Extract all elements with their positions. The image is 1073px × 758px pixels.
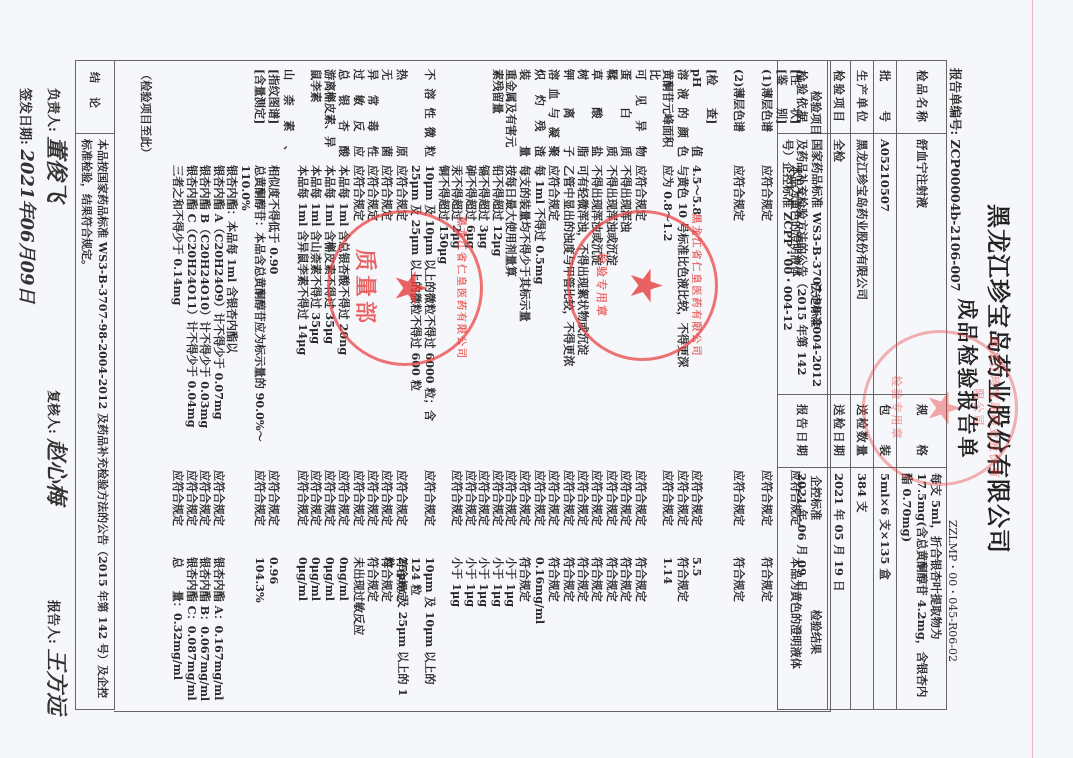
row-legal-standard: 本品每 1ml 含总银杏酸不得过 20ng [337, 165, 350, 445]
row-internal-standard: 应符合规定 应符合规定 应符合规定 [296, 453, 336, 543]
header-row: 生产单位黑龙江珍宝岛药业股份有限公司送检数量384 支 [850, 61, 873, 710]
row-internal-standard: 应符合规定 [675, 453, 688, 543]
row-item: 山柰素、 [281, 69, 294, 157]
row-legal-standard: 应符合规定 [351, 165, 364, 445]
reviewer-label: 复核人: [45, 390, 60, 434]
row-internal-standard: 应符合规定 [337, 453, 350, 543]
row-legal-standard: 应符合规定 [760, 165, 773, 445]
row-legal-standard: 本品每 1ml 含槲皮素不得过 35μg 本品每 1ml 含山柰素不得过 35μ… [296, 165, 336, 445]
row-internal-standard: 应符合规定 [518, 453, 531, 543]
row-legal-standard: 相似度不得低于 0.90 [267, 165, 280, 445]
row-result: 未出现过敏反应 [351, 557, 364, 707]
row-internal-standard: 应符合规定 应符合规定 应符合规定 应符合规定 应符合规定 [450, 453, 517, 543]
row-result: 1.14 [661, 557, 674, 707]
col-header-result: 检验结果 [809, 557, 822, 707]
responsible-label: 负责人: [45, 88, 60, 132]
header-label: 检品名称 [896, 61, 946, 134]
row-legal-standard: 按每日最大使用剂量算 铅不得超过 12μg 镉不得超过 3μg 砷不得超过 6μ… [437, 165, 517, 445]
row-item: 重金属及有害元素残留量 [490, 69, 517, 157]
conclusion-label: 结论 [76, 61, 115, 134]
row-item: 装 量 [518, 69, 531, 157]
row-result: 符合规定 [576, 557, 589, 707]
company-name: 黑龙江珍宝岛药业股份有限公司 [983, 0, 1018, 758]
reporter-label: 报告人: [45, 600, 60, 644]
row-internal-standard: 应符合规定 [252, 453, 265, 543]
report-number: 报告单编号: ZCP00004b-2106-007 [947, 68, 965, 291]
header-value: A05210507 [873, 134, 896, 395]
row-legal-standard: 应符合规定 [732, 165, 745, 445]
header-label: 包 装 [873, 395, 896, 468]
row-legal-standard: 本品为黄色的澄明液体 [789, 165, 802, 445]
row-item: 游离槲皮素、异鼠李素 [309, 69, 336, 157]
row-legal-standard: 应符合规定 [394, 165, 407, 445]
header-label: 送检数量 [850, 395, 873, 468]
row-item: 不溶性微粒 [422, 69, 435, 157]
conclusion-table: 结论 本品按国家药品标准 WS3-B-3707-98-2004-2012 及药品… [75, 60, 115, 710]
header-label: 生产单位 [850, 61, 873, 134]
row-internal-standard: 应符合规定 [690, 453, 703, 543]
row-result: 104.3% [252, 557, 265, 707]
row-legal-standard: 应符合规定 [633, 165, 646, 445]
row-legal-standard: 应符合规定 [366, 165, 379, 445]
row-result: 符合规定 [732, 557, 745, 707]
row-legal-standard: 总黄酮醇苷：本品含总黄酮醇苷应为标示量的 90.0%～110.0% [239, 165, 266, 445]
row-item: 钾 离 子 [561, 69, 574, 157]
row-item: [检 查] [704, 69, 717, 157]
row-internal-standard: 应符合规定 [633, 453, 646, 543]
row-internal-standard: 应符合规定 [366, 453, 379, 543]
row-internal-standard: 应符合规定 [561, 453, 574, 543]
row-legal-standard: 每支的装量均不得少于其标示量 [518, 165, 531, 445]
row-item: [含量测定] [252, 69, 265, 157]
row-legal-standard: 不得出现浑浊或沉淀 [604, 165, 617, 445]
row-result: 小于 1μg 小于 1μg 小于 1μg 小于 1μg 小于 1μg [450, 557, 517, 707]
col-header-legal: 法定标准 [809, 165, 822, 445]
row-internal-standard: 应符合规定 [604, 453, 617, 543]
row-result: 符合规定 [675, 557, 688, 707]
row-result: 本品为黄色的澄明液体 [789, 557, 802, 707]
header-value: 5ml×6 支×135 盒 [873, 468, 896, 710]
row-legal-standard: 银杏内酯：本品每 1ml 含银杏内酯以 银杏内酯 A（C20H24O9）计不得少… [171, 165, 238, 445]
row-item: 炽灼残渣 [532, 69, 545, 157]
header-value: 黑龙江珍宝岛药业股份有限公司 [850, 134, 873, 395]
row-result: 符合规定 [547, 557, 560, 707]
row-result: 符合规定 [604, 557, 617, 707]
row-item: 总银杏酸 [337, 69, 350, 157]
row-result: 符合规定 [518, 557, 531, 707]
header-value: 舒血宁注射液 [896, 134, 946, 395]
row-internal-standard: 应符合规定 [619, 453, 632, 543]
row-legal-standard: 乙管中显出的浊度与甲管比较，不得更浓 [561, 165, 574, 445]
row-item: 蛋 白 质 [619, 69, 632, 157]
row-item: 鞣 质 [604, 69, 617, 157]
conclusion-text: 本品按国家药品标准 WS3-B-3707-98-2004-2012 及药品补充检… [76, 134, 115, 710]
header-row: 检品名称舒血宁注射液规 格每支 5ml，折合银杏叶提取物为 17.5mg(含总黄… [896, 61, 946, 710]
col-header-item: 检验项目 [809, 69, 822, 157]
header-row: 批 号A05210507包 装5ml×6 支×135 盒 [873, 61, 896, 710]
row-result: 0.16mg/ml [532, 557, 545, 707]
header-value: 每支 5ml，折合银杏叶提取物为 17.5mg(含总黄酮醇苷 4.2mg，含银杏… [896, 468, 946, 710]
col-header-internal: 企控标准 [809, 453, 822, 543]
row-item: 过敏反应 [351, 69, 364, 157]
row-legal-standard: 可有轻微浑浊，不得出现絮状物或沉淀 [576, 165, 589, 445]
row-item: [指纹图谱] [267, 69, 280, 157]
row-item: 草 酸 盐 [590, 69, 603, 157]
row-item: 树 脂 [576, 69, 589, 157]
reviewer: 复核人: 赵心梅 [42, 390, 73, 504]
row-item: (1)薄层色谱 [760, 69, 773, 157]
row-internal-standard: 应符合规定 [267, 453, 280, 543]
end-note: （检验项目至此） [138, 69, 154, 159]
header-label: 规 格 [896, 395, 946, 468]
row-legal-standard: 应符合规定 [380, 165, 393, 445]
row-item: [性 状] [789, 69, 802, 157]
row-legal-standard: 与黄色 10 号标准比色液比较，不得更深 [675, 165, 688, 445]
row-internal-standard: 应符合规定 [422, 453, 435, 543]
row-legal-standard: 不得出现浑浊或沉淀 [590, 165, 603, 445]
row-internal-standard: 应符合规定 [590, 453, 603, 543]
row-legal-standard: 4.5～5.8 [690, 165, 703, 445]
row-internal-standard: 应符合规定 [661, 453, 674, 543]
row-result: 符合规定 [366, 557, 379, 707]
row-item: 异常毒性 [366, 69, 379, 157]
report-page: 黑龙江珍宝岛药业股份有限公司 成品检验报告单 报告单编号: ZCP00004b-… [0, 0, 1073, 758]
row-result: 符合规定 [760, 557, 773, 707]
row-result: 符合规定 [394, 557, 407, 707]
row-internal-standard: 应符合规定 [789, 453, 802, 543]
reporter: 报告人: 王方远 [42, 600, 73, 714]
row-item: 无 菌 [380, 69, 393, 157]
row-result: 符合规定 [590, 557, 603, 707]
row-legal-standard: 每 1ml 不得过 0.5mg [532, 165, 545, 445]
row-legal-standard: 不得出现浑浊 [619, 165, 632, 445]
row-result: 0ng/ml [337, 557, 350, 707]
row-item: 热 原 [394, 69, 407, 157]
form-code: ZZLMP・00・045-R06-02 [945, 520, 961, 662]
report-number-value: ZCP00004b-2106-007 [948, 139, 963, 291]
margin-line [1032, 0, 1033, 758]
row-result: 0.96 [267, 557, 280, 707]
sign-date-value: 2021年06月09日 [16, 149, 37, 303]
row-internal-standard: 应符合规定 [351, 453, 364, 543]
row-internal-standard: 应符合规定 [732, 453, 745, 543]
row-item: (2)薄层色谱 [732, 69, 745, 157]
report-number-label: 报告单编号: [948, 68, 963, 135]
sign-date: 签发日期: 2021年06月09日 [15, 88, 41, 304]
row-item: 黄酮苷元峰面积比 [648, 69, 675, 157]
results-table: 检验项目 法定标准 企控标准 检验结果 [性 状]本品为黄色的澄明液体应符合规定… [114, 60, 831, 712]
header-value: 384 支 [850, 468, 873, 710]
reporter-signature: 王方远 [43, 648, 69, 714]
row-internal-standard: 应符合规定 [532, 453, 545, 543]
row-legal-standard: 应为 0.8～1.2 [661, 165, 674, 445]
responsible-signature: 董俊飞 [43, 136, 69, 202]
sign-date-label: 签发日期: [17, 88, 32, 145]
row-legal-standard: 10μm 及 10μm 以上的微粒不得过 6000 粒；含 25μm 及 25μ… [409, 165, 436, 445]
row-result: 银杏内酯 A：0.167mg/ml 银杏内酯 B：0.067mg/ml 银杏内酯… [171, 557, 238, 707]
row-result: 符合规定 [561, 557, 574, 707]
row-result: 符合规定 [633, 557, 646, 707]
row-item: 溶血与凝聚 [547, 69, 560, 157]
row-item: 溶液的颜色 [675, 69, 688, 157]
row-internal-standard: 应符合规定 应符合规定 应符合规定 应符合规定 [171, 453, 238, 543]
row-item: 可见异物 [633, 69, 646, 157]
row-internal-standard: 应符合规定 [380, 453, 393, 543]
row-internal-standard: 应符合规定 [760, 453, 773, 543]
row-result: 符合规定 [619, 557, 632, 707]
row-item: [鉴 别] [774, 69, 787, 157]
row-result: 0μg/ml 0μg/ml 0μg/ml [296, 557, 336, 707]
reviewer-signature: 赵心梅 [43, 438, 69, 504]
responsible-person: 负责人: 董俊飞 [42, 88, 73, 202]
row-internal-standard: 应符合规定 [547, 453, 560, 543]
header-label: 批 号 [873, 61, 896, 134]
row-result: 符合规定 [380, 557, 393, 707]
row-internal-standard: 应符合规定 [576, 453, 589, 543]
row-internal-standard: 应符合规定 [394, 453, 407, 543]
row-item: pH 值 [690, 69, 703, 157]
row-result: 5.5 [690, 557, 703, 707]
row-legal-standard: 应符合规定 [547, 165, 560, 445]
